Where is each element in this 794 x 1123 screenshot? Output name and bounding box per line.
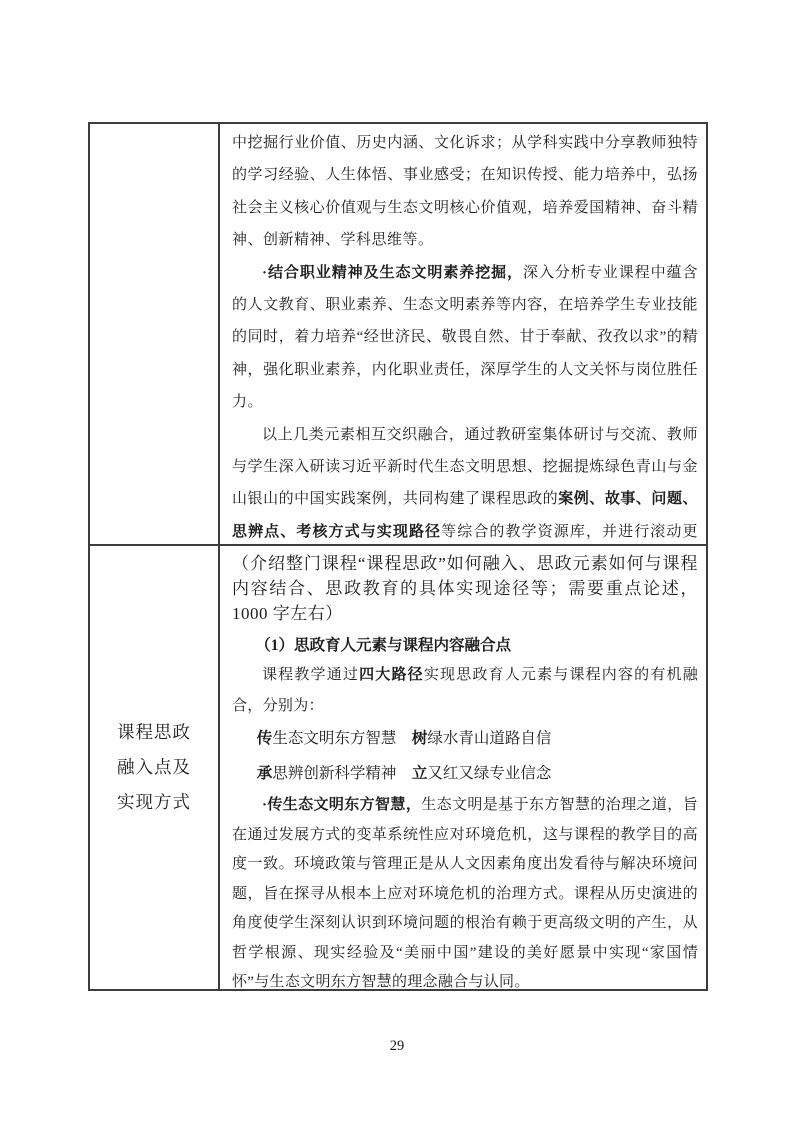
row-label-line: 融入点及 [117,750,191,785]
section-heading-fusion-points: （1）思政育人元素与课程内容融合点 [232,631,698,660]
row-label-line: 实现方式 [117,785,191,820]
paragraph-four-paths: 课程教学通过四大路径实现思政育人元素与课程内容的有机融合，分别为： [232,660,698,721]
row-label-line: 课程思政 [117,715,191,750]
paragraph-continued-values: 中挖掘行业价值、历史内涵、文化诉求；从学科实践中分享教师独特的学习经验、人生体悟… [232,127,698,257]
row1-content-cell: 中挖掘行业价值、历史内涵、文化诉求；从学科实践中分享教师独特的学习经验、人生体悟… [220,124,706,546]
paragraph-resource-library: 以上几类元素相互交织融合，通过教研室集体研讨与交流、教师与学生深入研读习近平新时… [232,419,698,546]
row1-header-cell-empty [90,124,220,546]
row2-content-cell: （介绍整门课程“课程思政”如何融入、思政元素如何与课程内容结合、思政教育的具体实… [220,546,706,989]
page-number: 29 [0,1038,794,1055]
path-lines-block: 传生态文明东方智慧 树绿水青山道路自信 承思辨创新科学精神 立又红又绿专业信念 [257,721,698,791]
curriculum-ideology-table: 中挖掘行业价值、历史内涵、文化诉求；从学科实践中分享教师独特的学习经验、人生体悟… [88,122,708,991]
intro-instruction-paragraph: （介绍整门课程“课程思政”如何融入、思政元素如何与课程内容结合、思政教育的具体实… [232,551,698,626]
paragraph-professional-spirit: ·结合职业精神及生态文明素养挖掘，深入分析专业课程中蕴含的人文教育、职业素养、生… [232,257,698,419]
paragraph-eastern-wisdom-detail: ·传生态文明东方智慧，生态文明是基于东方智慧的治理之道，旨在通过发展方式的变革系… [232,791,698,989]
document-page: 中挖掘行业价值、历史内涵、文化诉求；从学科实践中分享教师独特的学习经验、人生体悟… [0,0,794,1123]
row2-header-cell: 课程思政 融入点及 实现方式 [90,546,220,989]
path-line-1: 传生态文明东方智慧 树绿水青山道路自信 [257,721,698,756]
path-line-2: 承思辨创新科学精神 立又红又绿专业信念 [257,756,698,791]
